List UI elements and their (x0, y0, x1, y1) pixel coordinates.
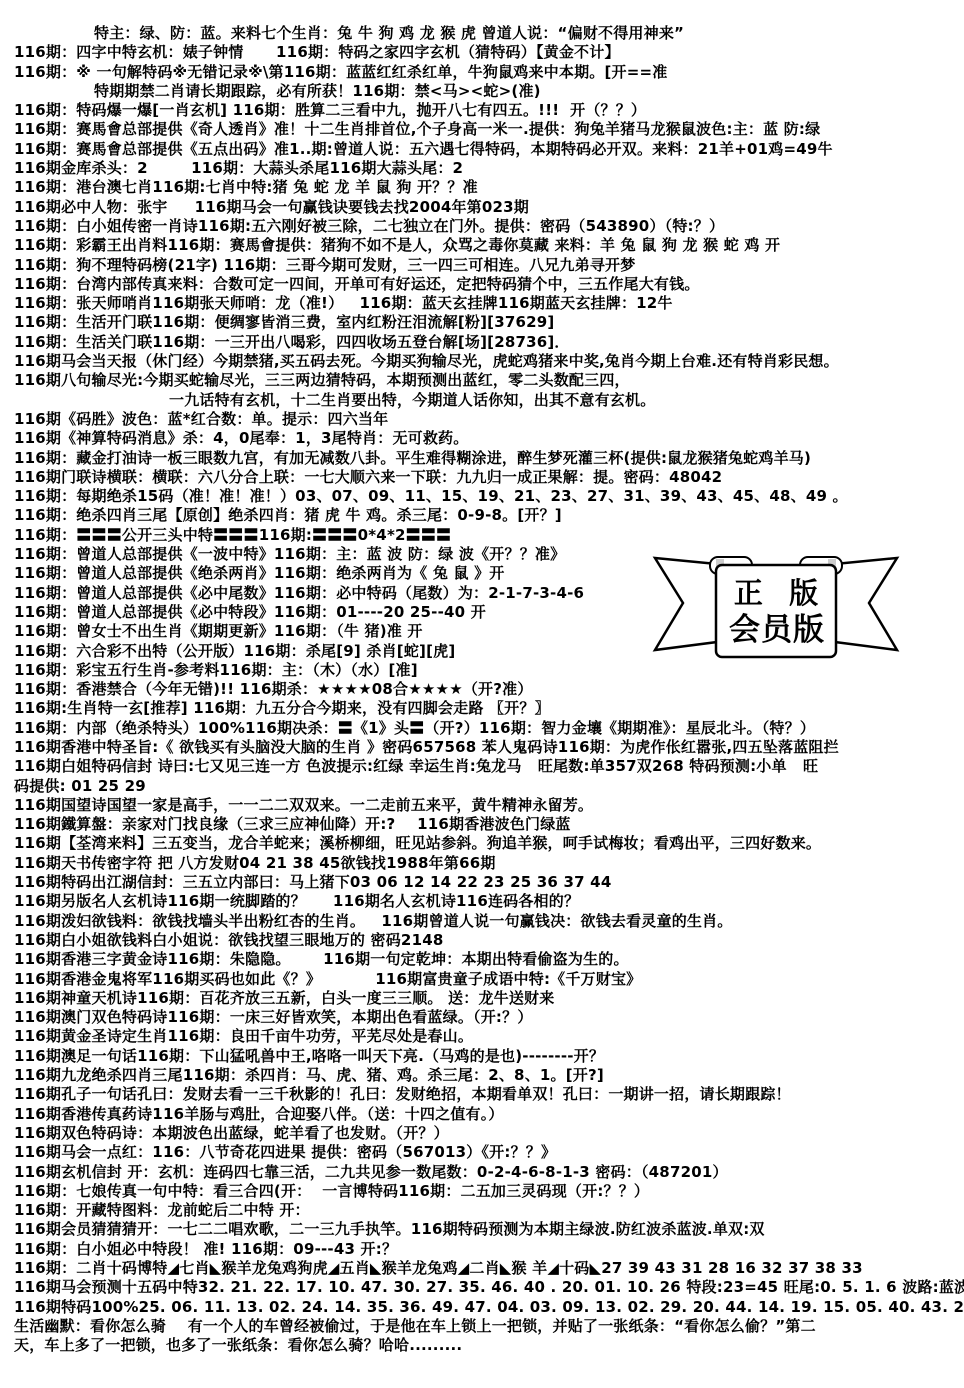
text-line: 116期：张天师哨肖116期张天师哨：龙（准!） 116期：蓝天玄挂牌116期蓝… (14, 294, 958, 313)
text-line: 116期：赛馬會总部提供《奇人透肖》准！十二生肖排首位,个子身高一米一.提供：狗… (14, 120, 958, 139)
text-line: 116期：藏金打油诗一板三眼数九宫，有加无减数八卦。平生难得糊涂进，醉生梦死灌三… (14, 449, 958, 468)
authenticity-ribbon-stamp: 正 版 会员版 (650, 546, 902, 666)
text-line: 116期鐵算盤：亲家对门找良缘（三求三应神仙降）开:? 116期香港波色门绿蓝 (14, 815, 958, 834)
text-line: 116期：彩霸王出肖料116期：赛馬會提供：猪狗不如不是人，众骂之毒你莫藏 来料… (14, 236, 958, 255)
text-line: 116期白小姐欲钱料白小姐说：欲钱找望三眼地万的 密码2148 (14, 931, 958, 950)
text-line: 特主：绿、防：蓝。来料七个生肖：兔 牛 狗 鸡 龙 猴 虎 曾道人说：“偏财不得… (14, 24, 958, 43)
text-line: 116期孔子一句话孔曰：发财去看一三千秋影的！孔曰：发财绝招，本期看单双！孔曰：… (14, 1085, 958, 1104)
text-line: 116期香港金鬼将军116期买码也如此《？》 116期富贵童子成语中特:《千万财… (14, 970, 958, 989)
text-line: 116期神童天机诗116期：百花齐放三五新，白头一度三三顺。 送：龙牛送财来 (14, 989, 958, 1008)
text-line: 116期澳门双色特码诗116期：一床三好皆欢笑，本期出色看蓝绿。（开:？） (14, 1008, 958, 1027)
text-line: 116期：〓〓〓公开三头中特〓〓〓116期:〓〓〓0*4*2〓〓〓 (14, 526, 958, 545)
text-line: 116期：内部（绝杀特头）100%116期决杀：〓《1》头〓（开?）116期：智… (14, 719, 958, 738)
text-line: 116期：香港禁合（今年无错)!! 116期杀：★★★★08合★★★★（开?准） (14, 680, 958, 699)
text-line: 116期：生活开门联116期：便绸寥皆消三费，室内红粉汪泪流解[粉][37629… (14, 313, 958, 332)
text-line: 116期马会预测十五码中特32. 21. 22. 17. 10. 47. 30.… (14, 1278, 958, 1297)
text-line: 116期国望诗国望一家是高手，一一二二双双来。一二走前五来平，黄牛精神永留芳。 (14, 796, 958, 815)
text-line: 特期期禁二肖请长期跟踪，必有所获！116期：禁<马><蛇>(准) (14, 82, 958, 101)
text-line: 116期：每期绝杀15码（准！准！准！）03、07、09、11、15、19、21… (14, 487, 958, 506)
tip-sheet-text-block: 特主：绿、防：蓝。来料七个生肖：兔 牛 狗 鸡 龙 猴 虎 曾道人说：“偏财不得… (14, 24, 958, 1355)
text-line: 116期：七娘传真一句中特：看三合四(开： 一言博特码116期：二五加三灵码现（… (14, 1182, 958, 1201)
stamp-text: 正 版 会员版 (720, 568, 834, 656)
text-line: 116期:生肖特一玄[推荐] 116期：九五分合今期来，没有四脚会走路 〖开？〗 (14, 699, 958, 718)
stamp-line-zhengban: 正 版 (734, 576, 820, 610)
text-line: 码提供: 01 25 29 (14, 777, 958, 796)
text-line: 116期马会当天报（休门经）今期禁猪,买五码去死。今期买狗输尽光，虎蛇鸡猪来中奖… (14, 352, 958, 371)
text-line: 116期：港台澳七肖116期:七肖中特:猪 兔 蛇 龙 羊 鼠 狗 开？？准 (14, 178, 958, 197)
text-line: 116期白姐特码信封 诗曰:七又见三连一方 色波提示:红绿 幸运生肖:兔龙马 旺… (14, 757, 958, 776)
text-line: 生活幽默：看你怎么骑 有一个人的车曾经被偷过，于是他在车上锁上一把锁，并贴了一张… (14, 1317, 958, 1336)
text-line: 116期：白小姐传密一肖诗116期:五六刚好被三除，二七独立在门外。提供：密码（… (14, 217, 958, 236)
text-line: 116期金库杀头：2 116期：大蒜头杀尾116期大蒜头尾：2 (14, 159, 958, 178)
text-line: 116期另版名人玄机诗116期一统脚踏的？ 116期名人玄机诗116连码各相的？ (14, 892, 958, 911)
text-line: 116期《码胜》波色：蓝*红合数：单。提示：四六当年 (14, 410, 958, 429)
text-line: 116期香港三字黄金诗116期：朱隐隐。 116期一句定乾坤：本期出特看偷盗为生… (14, 950, 958, 969)
text-line: 116期：四字中特玄机：婊子钟情 116期：特码之家四字玄机（猜特码）【黄金不计… (14, 43, 958, 62)
text-line: 116期香港传真药诗116羊肠与鸡肚，合迎娶八伴。（送：十四之值有。） (14, 1105, 958, 1124)
text-line: 116期《神算特码消息》杀：4，0尾奉：1，3尾特肖：无可救药。 (14, 429, 958, 448)
text-line: 116期：二肖十码博特◢七肖◣猴羊龙兔鸡狗虎◢五肖◣猴羊龙兔鸡◢二肖◣猴 羊◢十… (14, 1259, 958, 1278)
text-line: 116期必中人物：张宇 116期马会一句赢钱诀要钱去找2004年第023期 (14, 198, 958, 217)
text-line: 116期香港中特圣旨:《 欲钱买有头脑没大脑的生肖 》密码657568 苯人鬼码… (14, 738, 958, 757)
text-line: 116期：台湾内部传真来料：合数可定一四间，开单可有好运还，定把特码猜个中，三五… (14, 275, 958, 294)
text-line: 116期：狗不理特码榜(21字) 116期：三哥今期可发财，三一四三可相连。八兄… (14, 256, 958, 275)
text-line: 116期门联诗横联：横联：六八分合上联：一七大顺六来一下联：九九归一成正果解：提… (14, 468, 958, 487)
text-line: 116期：白小姐必中特段！ 准! 116期：09---43 开:？ (14, 1240, 958, 1259)
text-line: 116期会员猜猜猜开：一七二二唱欢歌，二一三九手执竿。116期特码预测为本期主绿… (14, 1220, 958, 1239)
text-line: 116期马会一点红：116：八节奇花四进果 提供：密码（567013）《开:？？… (14, 1143, 958, 1162)
text-line: 116期特码100%25. 06. 11. 13. 02. 24. 14. 35… (14, 1298, 958, 1317)
text-line: 116期：生活关门联116期：一三开出八喝彩，四四收场五登台解[场][28736… (14, 333, 958, 352)
text-line: 116期澳足一句话116期：下山猛吼兽中王,咯咯一叫天下亮.（马鸡的是也)---… (14, 1047, 958, 1066)
text-line: 116期：特码爆一爆[一肖玄机] 116期：胜算二三看中九，抛开八七有四五。!!… (14, 101, 958, 120)
text-line: 116期：绝杀四肖三尾【原创】绝杀四肖：猪 虎 牛 鸡。杀三尾：0-9-8。[开… (14, 506, 958, 525)
text-line: 116期：※ 一句解特码※无错记录※\第116期：蓝蓝红红杀红单，牛狗鼠鸡来中本… (14, 63, 958, 82)
text-line: 116期特码出江湖信封：三五立内部曰：马上猪下03 06 12 14 22 23… (14, 873, 958, 892)
text-line: 116期：开藏特图料：龙前蛇后二中特 开： (14, 1201, 958, 1220)
text-line: 116期泼妇欲钱料：欲钱找墙头半出粉红杏的生肖。 116期曾道人说一句赢钱决：欲… (14, 912, 958, 931)
text-line: 116期天书传密字符 把 八方发财04 21 38 45欲钱找1988年第66期 (14, 854, 958, 873)
text-line: 116期双色特码诗：本期波色出蓝绿，蛇羊看了也发财。（开？） (14, 1124, 958, 1143)
text-line: 116期玄机信封 开：玄机：连码四七靠三活，二九共见参一数尾数：0-2-4-6-… (14, 1163, 958, 1182)
text-line: 一九话特有玄机，十二生肖要出特，今期道人话你知，出其不意有玄机。 (14, 391, 958, 410)
stamp-line-huiyuanban: 会员版 (729, 612, 825, 648)
text-line: 天，车上多了一把锁，也多了一张纸条：看你怎么骑？哈哈......... (14, 1336, 958, 1355)
text-line: 116期九龙绝杀四肖三尾116期：杀四肖：马、虎、猪、鸡。杀三尾：2、8、1。[… (14, 1066, 958, 1085)
text-line: 116期【荃湾来料】三五变当，龙合羊蛇来；溪桥柳细，旺见站参斜。狗追羊猴，呵手试… (14, 834, 958, 853)
text-line: 116期：赛馬會总部提供《五点出码》准1..期:曾道人说：五六遇七得特码，本期特… (14, 140, 958, 159)
text-line: 116期八句输尽光:今期买蛇输尽光，三三两边猜特码，本期预测出蓝红，零二头数配三… (14, 371, 958, 390)
text-line: 116期黄金圣诗定生肖116期：良田千亩牛功劳，平芜尽处是春山。 (14, 1027, 958, 1046)
